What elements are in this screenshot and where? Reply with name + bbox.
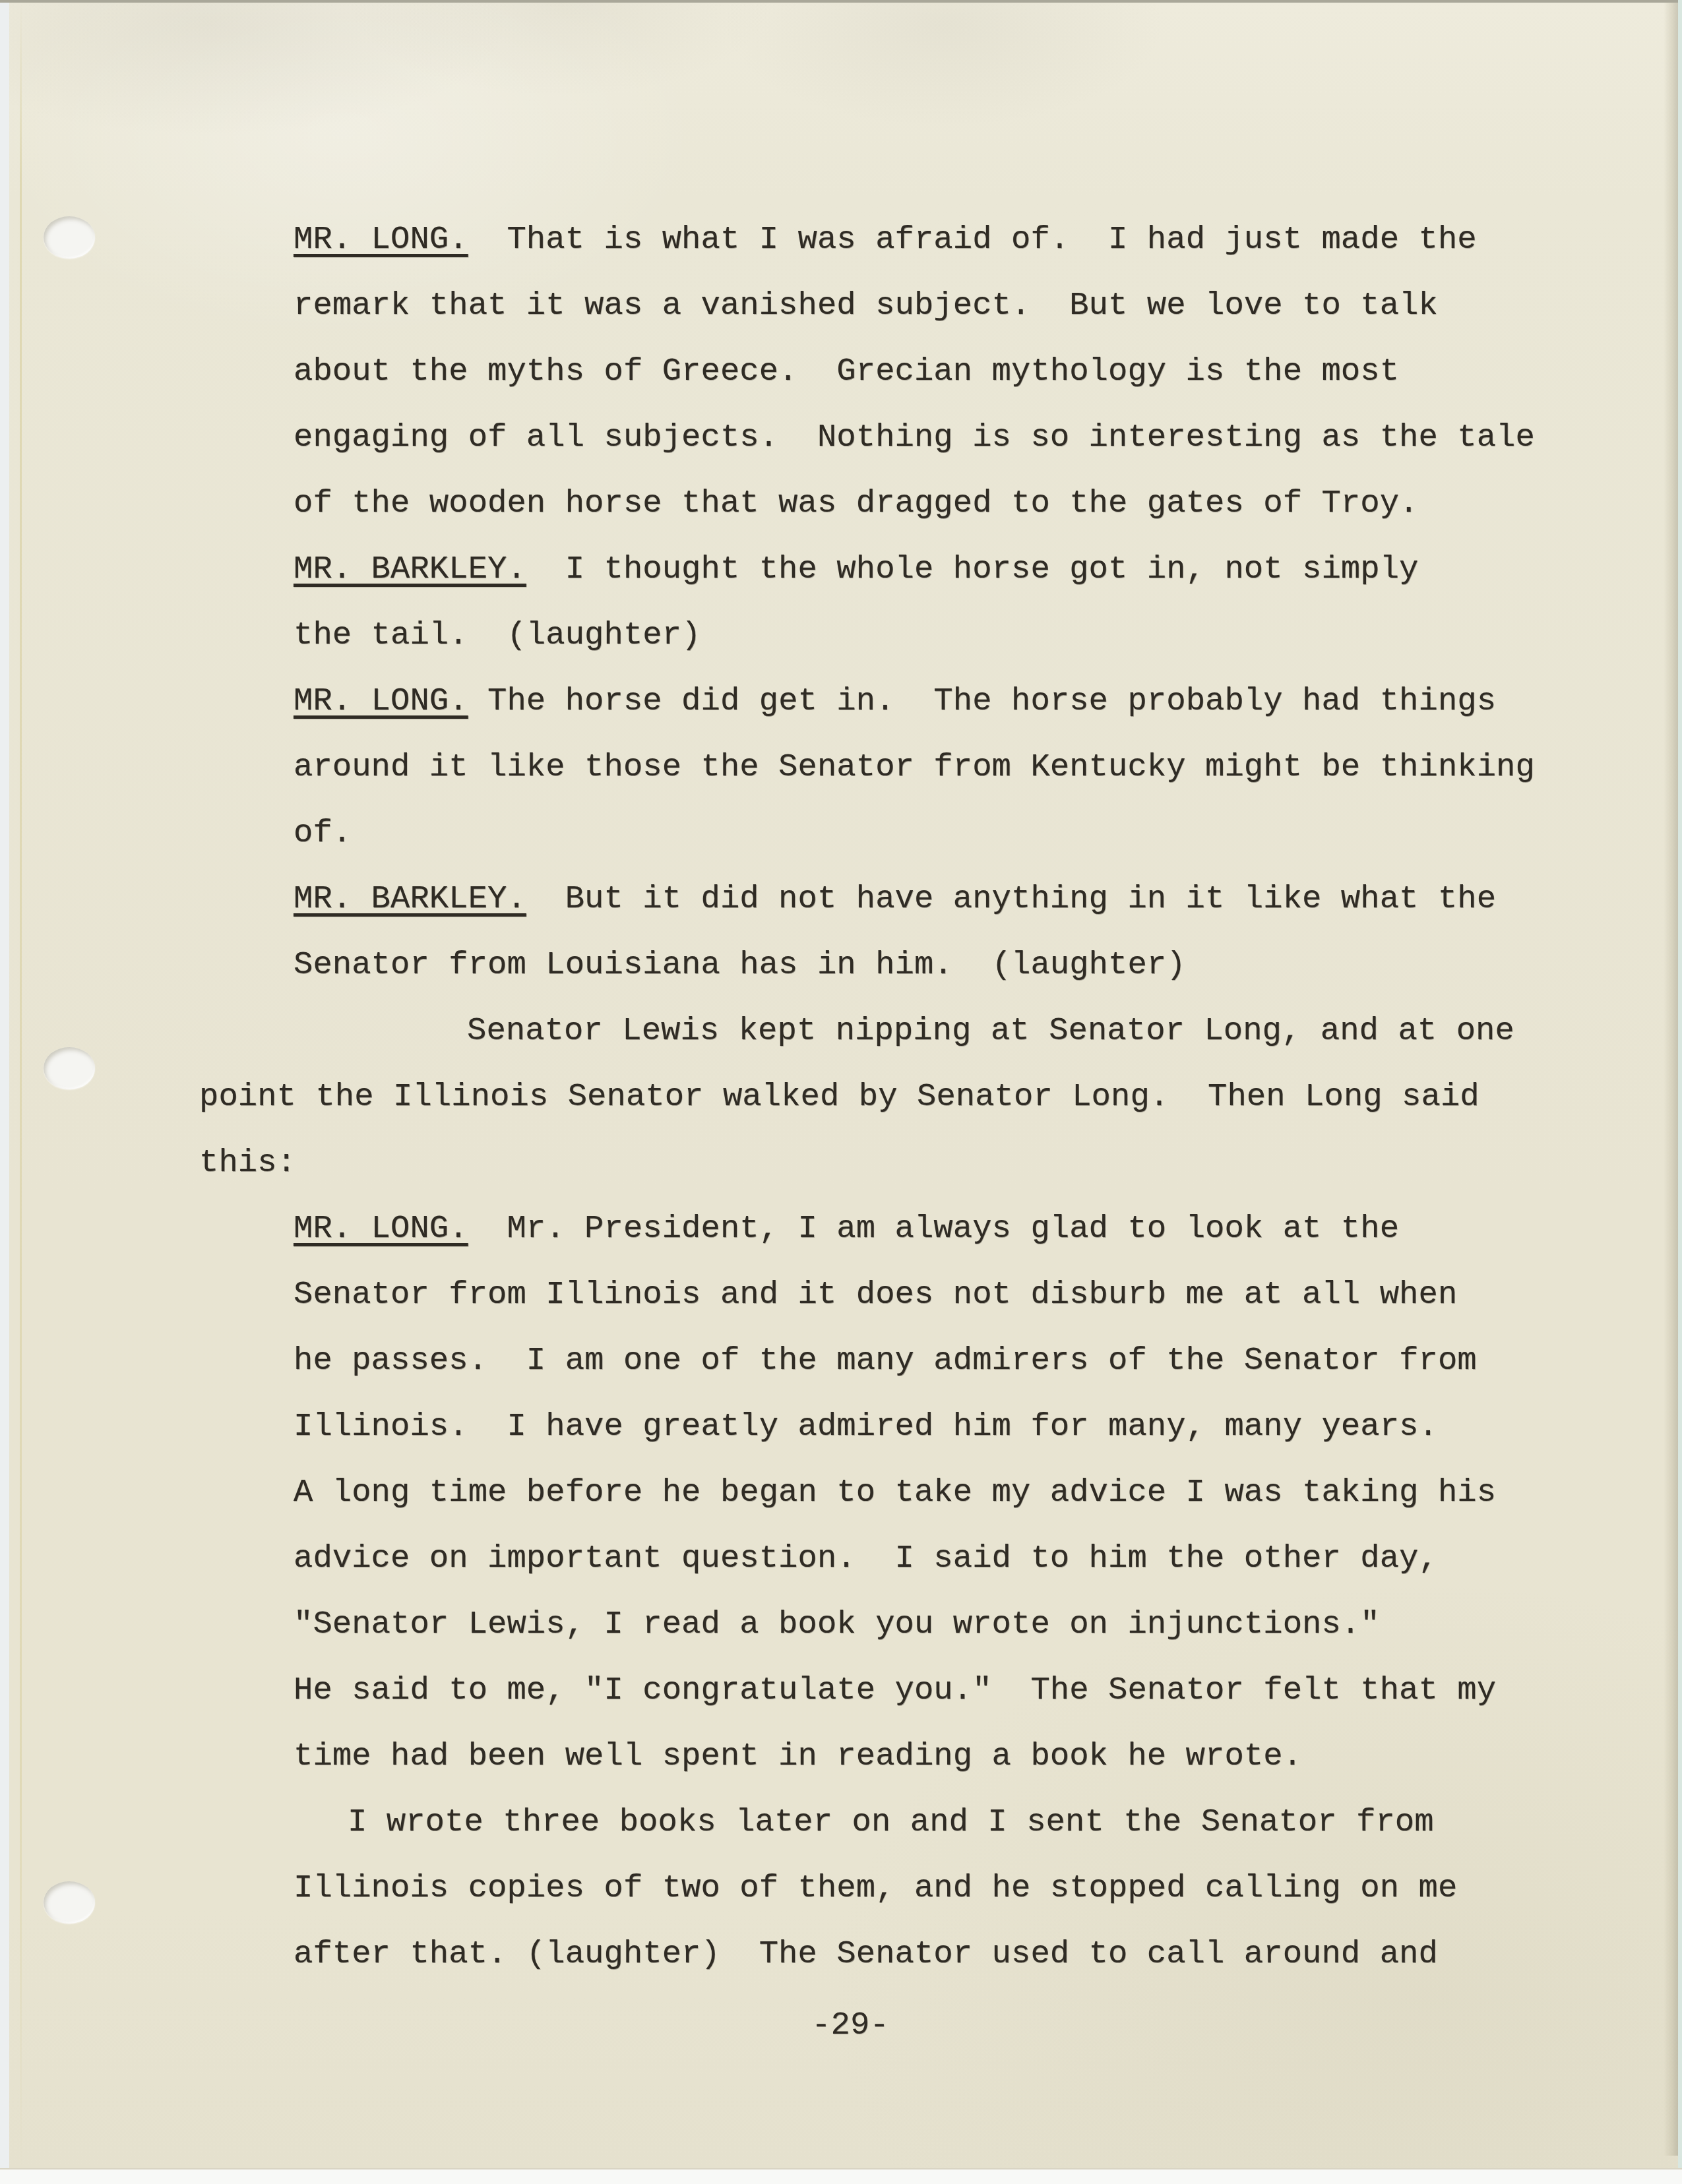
line-text: advice on important question. I said to …	[294, 1540, 1438, 1577]
transcript-line: advice on important question. I said to …	[294, 1525, 1682, 1591]
transcript-line: Senator Lewis kept nipping at Senator Lo…	[467, 998, 1682, 1064]
transcript-line: remark that it was a vanished subject. B…	[294, 272, 1682, 338]
transcript-line: this:	[199, 1130, 1682, 1196]
transcript-line: Senator from Illinois and it does not di…	[294, 1261, 1682, 1327]
line-text: I thought the whole horse got in, not si…	[526, 551, 1419, 588]
transcript: MR. LONG. That is what I was afraid of. …	[0, 206, 1682, 1987]
speaker-name: MR. BARKLEY.	[294, 880, 526, 917]
transcript-line: Illinois copies of two of them, and he s…	[294, 1855, 1682, 1921]
transcript-line: MR. BARKLEY. I thought the whole horse g…	[294, 536, 1682, 602]
transcript-line: A long time before he began to take my a…	[294, 1459, 1682, 1525]
transcript-line: of.	[294, 800, 1682, 866]
transcript-line: MR. LONG. The horse did get in. The hors…	[294, 668, 1682, 734]
transcript-line: MR. LONG. Mr. President, I am always gla…	[294, 1196, 1682, 1261]
transcript-line: of the wooden horse that was dragged to …	[294, 470, 1682, 536]
line-text: "Senator Lewis, I read a book you wrote …	[294, 1606, 1380, 1643]
line-text: He said to me, "I congratulate you." The…	[294, 1672, 1496, 1709]
line-text: of.	[294, 814, 352, 851]
transcript-line: engaging of all subjects. Nothing is so …	[294, 404, 1682, 470]
line-text: The horse did get in. The horse probably…	[468, 682, 1496, 719]
transcript-line: the tail. (laughter)	[294, 602, 1682, 668]
transcript-line: I wrote three books later on and I sent …	[348, 1789, 1682, 1855]
transcript-line: He said to me, "I congratulate you." The…	[294, 1657, 1682, 1723]
transcript-line: Senator from Louisiana has in him. (laug…	[294, 932, 1682, 998]
speaker-name: MR. BARKLEY.	[294, 551, 526, 588]
line-text: A long time before he began to take my a…	[294, 1474, 1496, 1511]
speaker-name: MR. LONG.	[294, 682, 468, 719]
line-text: I wrote three books later on and I sent …	[348, 1804, 1434, 1840]
line-text: Illinois. I have greatly admired him for…	[294, 1408, 1438, 1445]
transcript-line: after that. (laughter) The Senator used …	[294, 1921, 1682, 1987]
line-text: the tail. (laughter)	[294, 617, 701, 653]
line-text: Senator from Illinois and it does not di…	[294, 1276, 1457, 1313]
page-number: -29-	[0, 1992, 1682, 2058]
transcript-line: "Senator Lewis, I read a book you wrote …	[294, 1591, 1682, 1657]
line-text: of the wooden horse that was dragged to …	[294, 485, 1418, 522]
line-text: engaging of all subjects. Nothing is so …	[294, 419, 1535, 456]
transcript-line: about the myths of Greece. Grecian mytho…	[294, 338, 1682, 404]
transcript-line: around it like those the Senator from Ke…	[294, 734, 1682, 800]
document-page: MR. LONG. That is what I was afraid of. …	[0, 0, 1682, 2184]
scanner-background-bottom	[0, 2168, 1682, 2184]
line-text: he passes. I am one of the many admirers…	[294, 1342, 1477, 1379]
line-text: Senator from Louisiana has in him. (laug…	[294, 946, 1186, 983]
line-text: after that. (laughter) The Senator used …	[294, 1935, 1438, 1972]
transcript-line: MR. LONG. That is what I was afraid of. …	[294, 206, 1682, 272]
line-text: time had been well spent in reading a bo…	[294, 1738, 1302, 1774]
transcript-line: he passes. I am one of the many admirers…	[294, 1327, 1682, 1393]
line-text: Mr. President, I am always glad to look …	[468, 1210, 1399, 1247]
line-text: remark that it was a vanished subject. B…	[294, 287, 1438, 324]
line-text: this:	[199, 1144, 296, 1181]
transcript-line: time had been well spent in reading a bo…	[294, 1723, 1682, 1789]
line-text: Senator Lewis kept nipping at Senator Lo…	[467, 1012, 1514, 1049]
transcript-line: MR. BARKLEY. But it did not have anythin…	[294, 866, 1682, 932]
transcript-line: point the Illinois Senator walked by Sen…	[199, 1064, 1682, 1130]
line-text: around it like those the Senator from Ke…	[294, 748, 1535, 785]
line-text: about the myths of Greece. Grecian mytho…	[294, 353, 1399, 390]
line-text: That is what I was afraid of. I had just…	[468, 221, 1477, 258]
speaker-name: MR. LONG.	[294, 221, 468, 258]
line-text: point the Illinois Senator walked by Sen…	[199, 1078, 1480, 1115]
transcript-line: Illinois. I have greatly admired him for…	[294, 1393, 1682, 1459]
speaker-name: MR. LONG.	[294, 1210, 468, 1247]
line-text: Illinois copies of two of them, and he s…	[294, 1869, 1457, 1906]
line-text: But it did not have anything in it like …	[526, 880, 1496, 917]
